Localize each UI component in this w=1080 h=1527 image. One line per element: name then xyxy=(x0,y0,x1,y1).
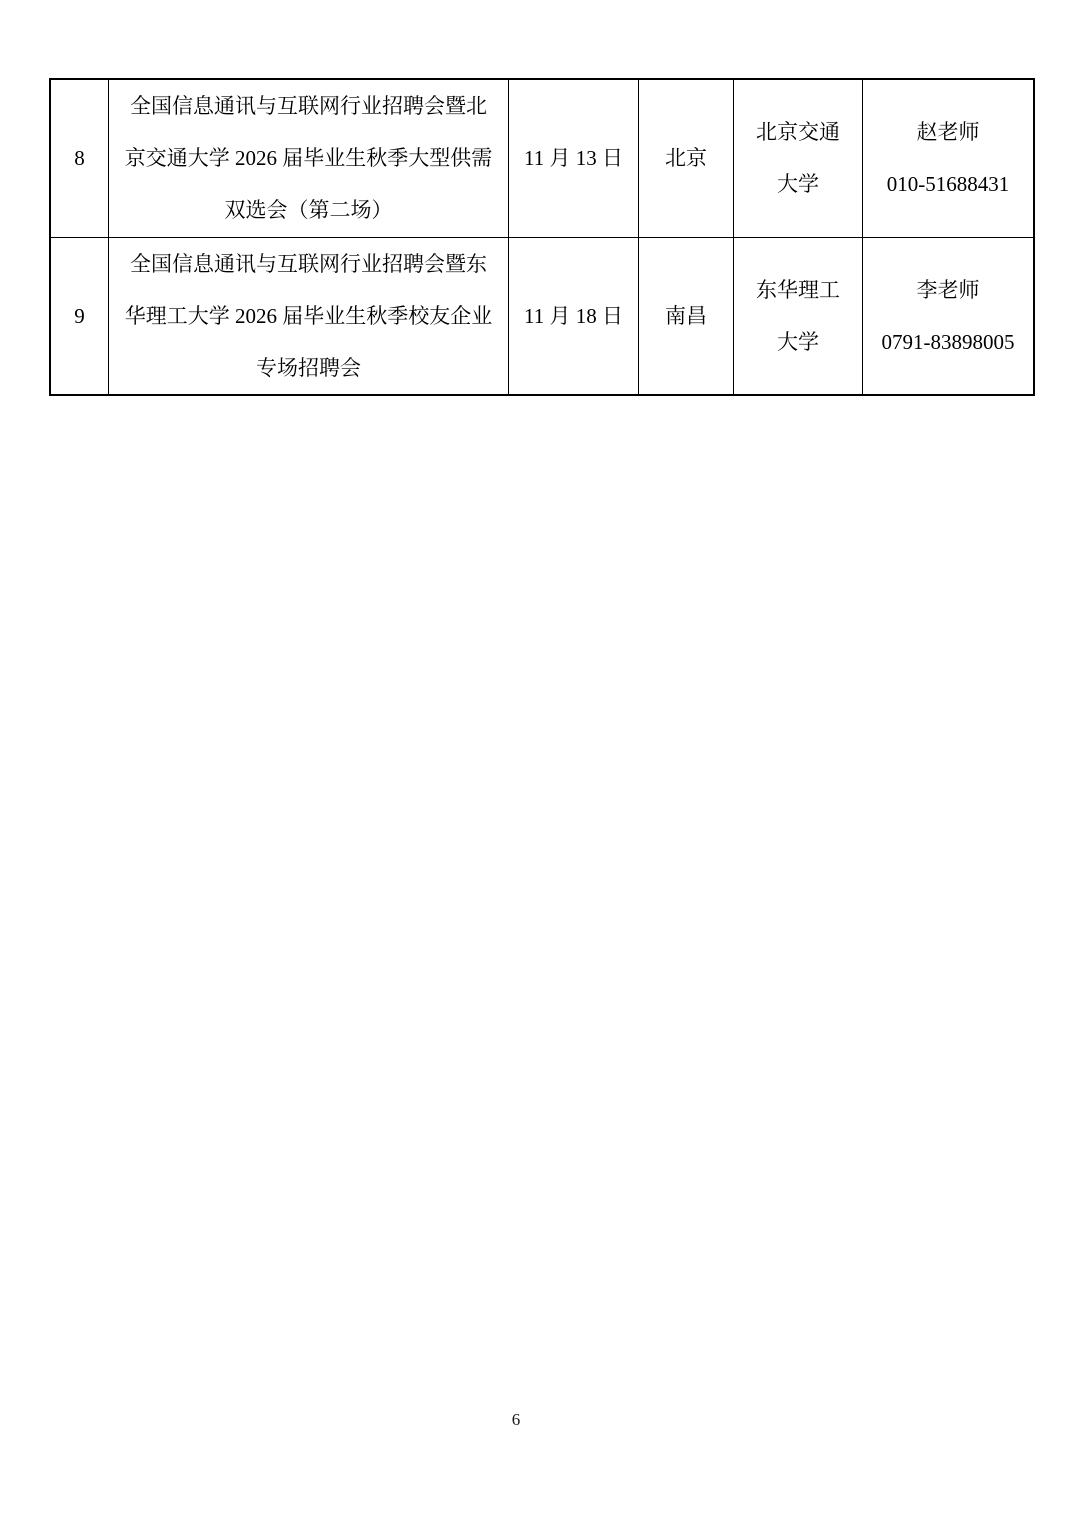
city-cell: 北京 xyxy=(639,79,734,237)
page-number: 6 xyxy=(0,1408,1032,1432)
contact-cell: 李老师 0791-83898005 xyxy=(863,237,1035,395)
contact-cell: 赵老师 010-51688431 xyxy=(863,79,1035,237)
venue-cell: 北京交通 大学 xyxy=(734,79,863,237)
city-cell: 南昌 xyxy=(639,237,734,395)
table-row: 9 全国信息通讯与互联网行业招聘会暨东 华理工大学 2026 届毕业生秋季校友企… xyxy=(50,237,1034,395)
event-name-cell: 全国信息通讯与互联网行业招聘会暨东 华理工大学 2026 届毕业生秋季校友企业 … xyxy=(109,237,509,395)
date-cell: 11 月 13 日 xyxy=(509,79,639,237)
document-page: 8 全国信息通讯与互联网行业招聘会暨北 京交通大学 2026 届毕业生秋季大型供… xyxy=(0,0,1080,1527)
venue-cell: 东华理工 大学 xyxy=(734,237,863,395)
event-name-cell: 全国信息通讯与互联网行业招聘会暨北 京交通大学 2026 届毕业生秋季大型供需 … xyxy=(109,79,509,237)
row-number-cell: 9 xyxy=(50,237,109,395)
job-fair-table: 8 全国信息通讯与互联网行业招聘会暨北 京交通大学 2026 届毕业生秋季大型供… xyxy=(49,78,1035,396)
row-number-cell: 8 xyxy=(50,79,109,237)
table-row: 8 全国信息通讯与互联网行业招聘会暨北 京交通大学 2026 届毕业生秋季大型供… xyxy=(50,79,1034,237)
date-cell: 11 月 18 日 xyxy=(509,237,639,395)
